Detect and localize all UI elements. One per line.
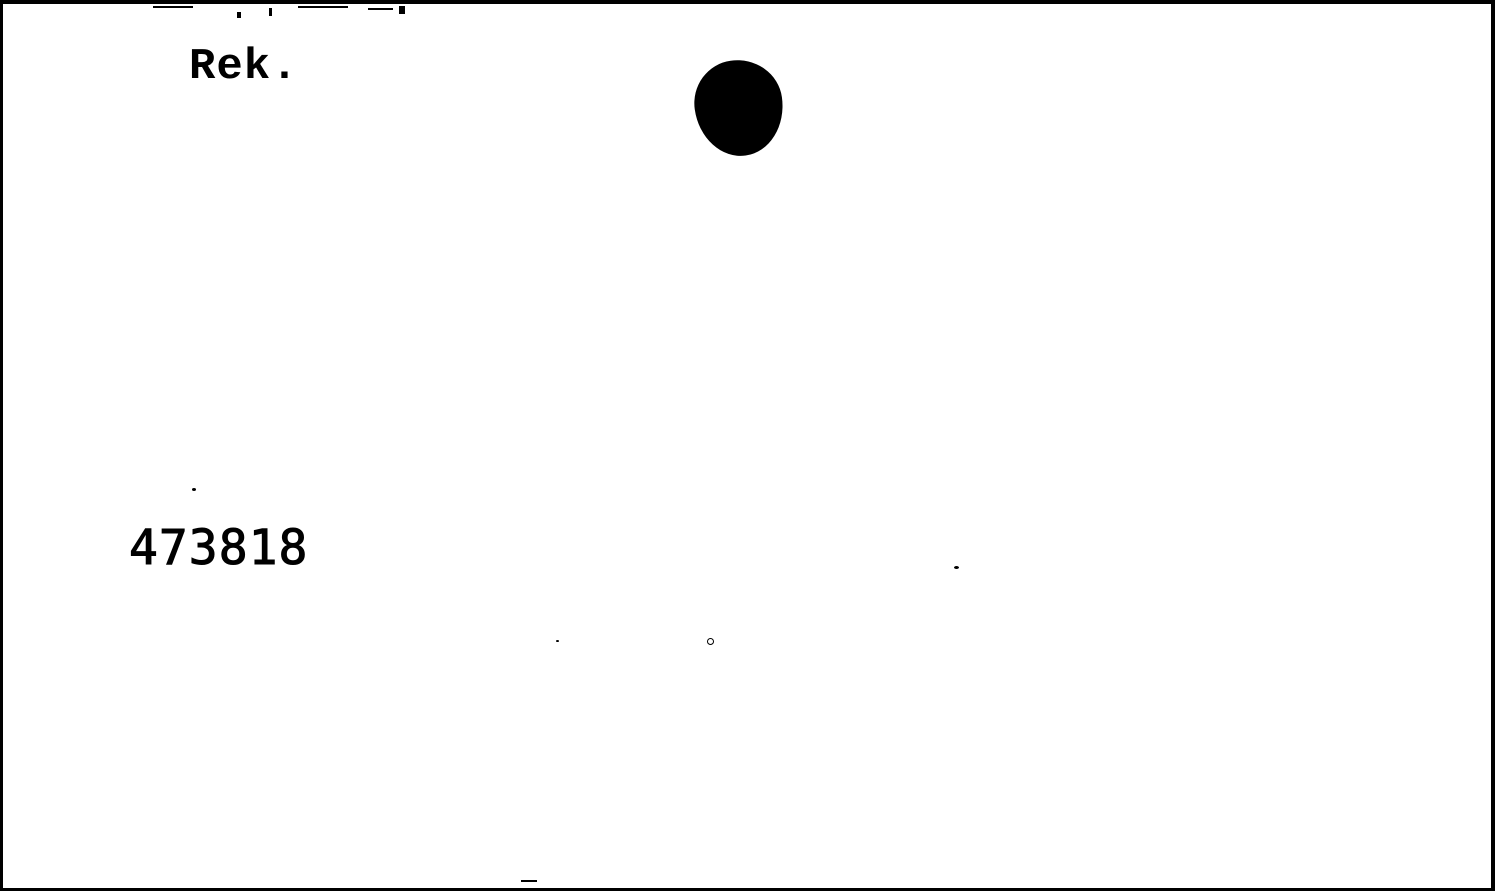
card-label: Rek.	[189, 42, 299, 92]
scan-artifacts-top	[153, 6, 433, 18]
index-card: Rek. 473818	[0, 0, 1495, 891]
card-number: 473818	[129, 520, 308, 576]
punch-hole	[689, 54, 790, 161]
speck	[954, 566, 959, 569]
speck	[521, 880, 537, 882]
speck	[707, 638, 714, 645]
speck	[556, 640, 559, 642]
speck	[192, 488, 196, 491]
